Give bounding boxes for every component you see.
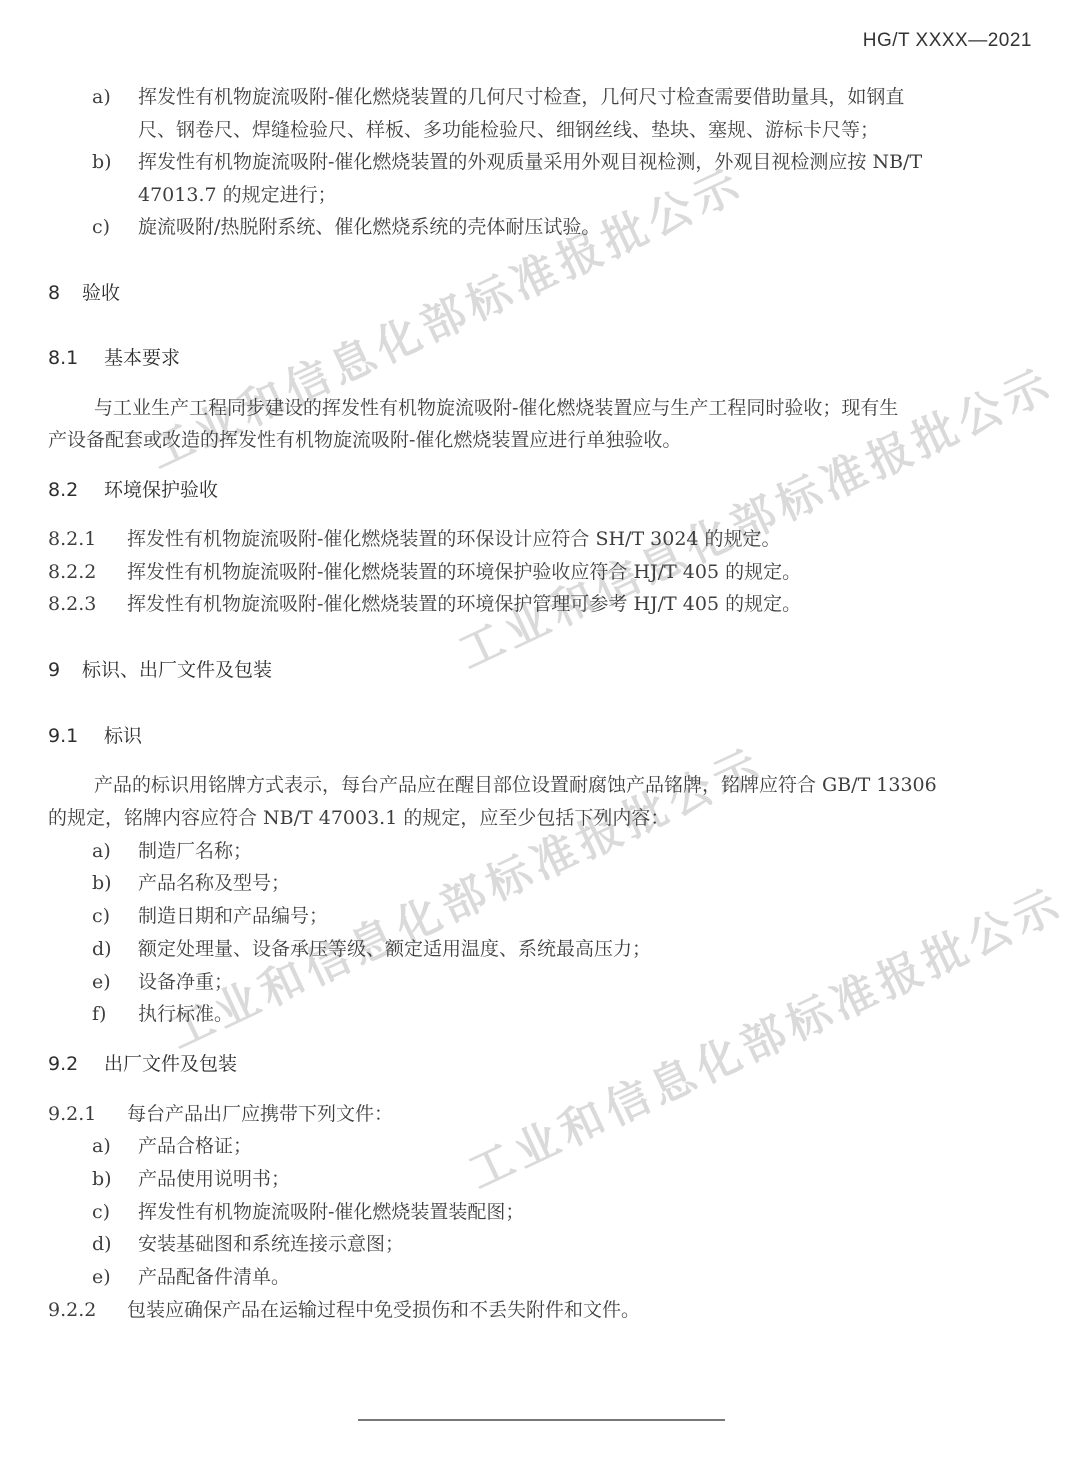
subsection-title: 出厂文件及包装 (104, 1053, 237, 1075)
section-title: 标识、出厂文件及包装 (82, 659, 272, 681)
clause-text: 每台产品出厂应携带下列文件： (127, 1103, 393, 1125)
list-text: 旋流吸附/热脱附系统、催化燃烧系统的壳体耐压试验。 (138, 216, 600, 238)
clause-number: 8.2.1 (48, 523, 127, 555)
list-item: b)产品使用说明书； (92, 1163, 290, 1195)
list-marker: d) (92, 933, 138, 965)
list-item: e)产品配备件清单。 (92, 1261, 290, 1293)
list-marker: a) (92, 81, 138, 113)
list-item: b)挥发性有机物旋流吸附-催化燃烧装置的外观质量采用外观目视检测，外观目视检测应… (92, 146, 922, 178)
subsection-heading-8-2: 8.2环境保护验收 (48, 474, 218, 506)
clause-text: 挥发性有机物旋流吸附-催化燃烧装置的环境保护管理可参考 HJ/T 405 的规定… (127, 593, 801, 615)
list-item: a)产品合格证； (92, 1130, 252, 1162)
clause: 9.2.1每台产品出厂应携带下列文件： (48, 1098, 393, 1130)
list-marker: b) (92, 146, 138, 178)
subsection-heading-8-1: 8.1基本要求 (48, 342, 180, 374)
list-marker: c) (92, 1196, 138, 1228)
list-marker: c) (92, 900, 138, 932)
paragraph-line: 产品的标识用铭牌方式表示，每台产品应在醒目部位设置耐腐蚀产品铭牌，铭牌应符合 G… (94, 774, 937, 796)
list-text: 挥发性有机物旋流吸附-催化燃烧装置的几何尺寸检查，几何尺寸检查需要借助量具，如钢… (138, 86, 904, 108)
list-text: 挥发性有机物旋流吸附-催化燃烧装置装配图； (138, 1201, 524, 1223)
subsection-heading-9-2: 9.2出厂文件及包装 (48, 1048, 237, 1080)
list-text: 制造厂名称； (138, 840, 252, 862)
list-item: e)设备净重； (92, 966, 233, 998)
list-item: c)旋流吸附/热脱附系统、催化燃烧系统的壳体耐压试验。 (92, 211, 600, 243)
list-marker: a) (92, 1130, 138, 1162)
paragraph: 产设备配套或改造的挥发性有机物旋流吸附-催化燃烧装置应进行单独验收。 (48, 424, 681, 456)
clause-text: 挥发性有机物旋流吸附-催化燃烧装置的环境保护验收应符合 HJ/T 405 的规定… (127, 561, 801, 583)
clause: 8.2.2挥发性有机物旋流吸附-催化燃烧装置的环境保护验收应符合 HJ/T 40… (48, 556, 801, 588)
section-title: 验收 (82, 282, 120, 304)
list-item: b)产品名称及型号； (92, 867, 290, 899)
clause-number: 9.2.2 (48, 1294, 127, 1326)
list-text: 产品使用说明书； (138, 1168, 290, 1190)
paragraph-line: 的规定，铭牌内容应符合 NB/T 47003.1 的规定，应至少包括下列内容： (48, 807, 669, 829)
watermark: 工业和信息化部标准报批公示 (456, 868, 1072, 1201)
list-text: 执行标准。 (138, 1003, 233, 1025)
list-text: 尺、钢卷尺、焊缝检验尺、样板、多功能检验尺、细钢丝线、垫块、塞规、游标卡尺等； (138, 119, 879, 141)
paragraph: 的规定，铭牌内容应符合 NB/T 47003.1 的规定，应至少包括下列内容： (48, 802, 669, 834)
list-item-continuation: 尺、钢卷尺、焊缝检验尺、样板、多功能检验尺、细钢丝线、垫块、塞规、游标卡尺等； (138, 114, 879, 146)
list-text: 设备净重； (138, 971, 233, 993)
list-text: 制造日期和产品编号； (138, 905, 328, 927)
clause-text: 包装应确保产品在运输过程中免受损伤和不丢失附件和文件。 (127, 1299, 640, 1321)
clause: 8.2.1挥发性有机物旋流吸附-催化燃烧装置的环保设计应符合 SH/T 3024… (48, 523, 781, 555)
list-item: c)制造日期和产品编号； (92, 900, 328, 932)
list-text: 额定处理量、设备承压等级、额定适用温度、系统最高压力； (138, 938, 651, 960)
list-marker: e) (92, 1261, 138, 1293)
list-item: a)挥发性有机物旋流吸附-催化燃烧装置的几何尺寸检查，几何尺寸检查需要借助量具，… (92, 81, 904, 113)
clause-text: 挥发性有机物旋流吸附-催化燃烧装置的环保设计应符合 SH/T 3024 的规定。 (127, 528, 781, 550)
paragraph: 与工业生产工程同步建设的挥发性有机物旋流吸附-催化燃烧装置应与生产工程同时验收；… (94, 392, 898, 424)
paragraph-line: 产设备配套或改造的挥发性有机物旋流吸附-催化燃烧装置应进行单独验收。 (48, 429, 681, 451)
list-item: c)挥发性有机物旋流吸附-催化燃烧装置装配图； (92, 1196, 524, 1228)
section-number: 9 (48, 654, 82, 686)
clause-number: 9.2.1 (48, 1098, 127, 1130)
list-item: d)安装基础图和系统连接示意图； (92, 1228, 404, 1260)
document-code-header: HG/T XXXX—2021 (863, 30, 1032, 52)
list-item: d)额定处理量、设备承压等级、额定适用温度、系统最高压力； (92, 933, 651, 965)
list-marker: e) (92, 966, 138, 998)
paragraph-line: 与工业生产工程同步建设的挥发性有机物旋流吸附-催化燃烧装置应与生产工程同时验收；… (94, 397, 898, 419)
list-marker: f) (92, 998, 138, 1030)
section-heading-8: 8验收 (48, 277, 120, 309)
subsection-number: 8.2 (48, 474, 104, 506)
list-text: 挥发性有机物旋流吸附-催化燃烧装置的外观质量采用外观目视检测，外观目视检测应按 … (138, 151, 922, 173)
subsection-title: 基本要求 (104, 347, 180, 369)
section-heading-9: 9标识、出厂文件及包装 (48, 654, 272, 686)
section-number: 8 (48, 277, 82, 309)
list-marker: d) (92, 1228, 138, 1260)
subsection-title: 环境保护验收 (104, 479, 218, 501)
paragraph: 产品的标识用铭牌方式表示，每台产品应在醒目部位设置耐腐蚀产品铭牌，铭牌应符合 G… (94, 769, 937, 801)
end-of-document-rule (358, 1419, 725, 1421)
list-text: 产品合格证； (138, 1135, 252, 1157)
list-text: 产品配备件清单。 (138, 1266, 290, 1288)
subsection-title: 标识 (104, 725, 142, 747)
list-item-continuation: 47013.7 的规定进行； (138, 179, 337, 211)
list-item: a)制造厂名称； (92, 835, 252, 867)
clause: 8.2.3挥发性有机物旋流吸附-催化燃烧装置的环境保护管理可参考 HJ/T 40… (48, 588, 801, 620)
clause: 9.2.2包装应确保产品在运输过程中免受损伤和不丢失附件和文件。 (48, 1294, 640, 1326)
document-page: 工业和信息化部标准报批公示 工业和信息化部标准报批公示 工业和信息化部标准报批公… (0, 0, 1080, 1461)
subsection-number: 9.1 (48, 720, 104, 752)
list-marker: b) (92, 1163, 138, 1195)
list-text: 安装基础图和系统连接示意图； (138, 1233, 404, 1255)
list-text: 47013.7 的规定进行； (138, 184, 337, 206)
subsection-number: 8.1 (48, 342, 104, 374)
subsection-heading-9-1: 9.1标识 (48, 720, 142, 752)
list-text: 产品名称及型号； (138, 872, 290, 894)
list-item: f)执行标准。 (92, 998, 233, 1030)
clause-number: 8.2.2 (48, 556, 127, 588)
list-marker: b) (92, 867, 138, 899)
list-marker: c) (92, 211, 138, 243)
clause-number: 8.2.3 (48, 588, 127, 620)
subsection-number: 9.2 (48, 1048, 104, 1080)
list-marker: a) (92, 835, 138, 867)
